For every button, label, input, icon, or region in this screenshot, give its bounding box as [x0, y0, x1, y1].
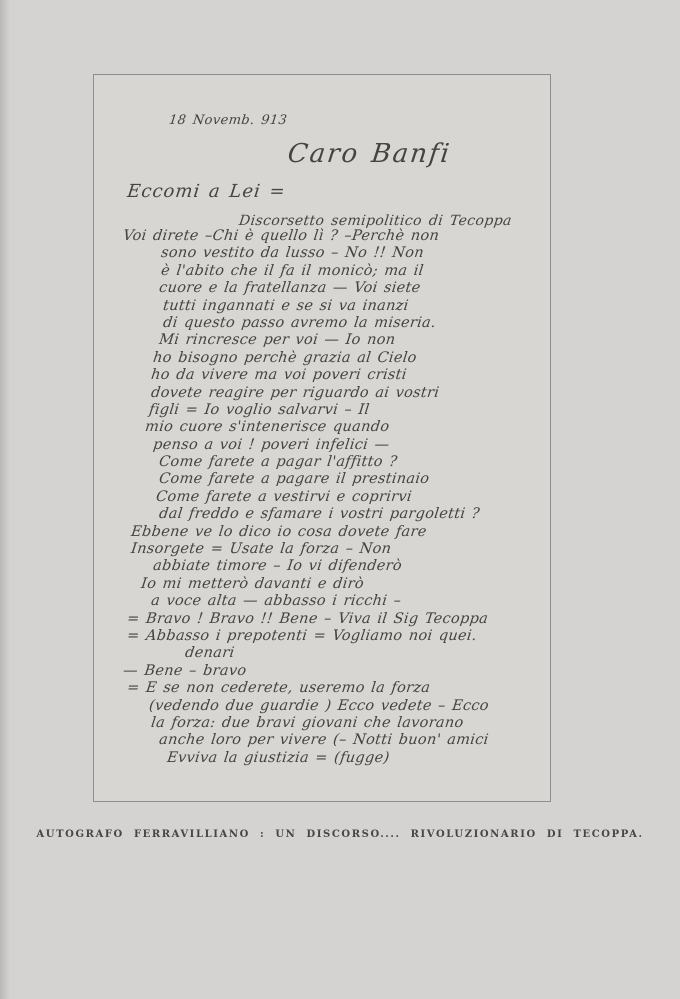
letter-line: = Bravo ! Bravo !! Bene – Viva il Sig Te…: [126, 611, 548, 628]
letter-date: 18 Novemb. 913: [168, 113, 288, 128]
letter-line: Insorgete = Usate la forza – Non: [130, 541, 548, 558]
letter-line: di questo passo avremo la miseria.: [162, 315, 548, 332]
letter-line: Evviva la giustizia = (fugge): [166, 750, 548, 767]
letter-photograph: 18 Novemb. 913 Caro Banfi Eccomi a Lei =…: [93, 74, 551, 802]
letter-line: = Abbasso i prepotenti = Vogliamo noi qu…: [126, 628, 548, 645]
letter-line: ho bisogno perchè grazia al Cielo: [152, 350, 548, 367]
letter-line: la forza: due bravi giovani che lavorano: [150, 715, 548, 732]
letter-line: = E se non cederete, useremo la forza: [126, 680, 548, 697]
letter-line: Voi direte –Chi è quello lì ? –Perchè no…: [122, 228, 548, 245]
letter-line: abbiate timore – Io vi difenderò: [152, 558, 548, 575]
letter-line: figli = Io voglio salvarvi – Il: [148, 402, 548, 419]
letter-line: tutti ingannati e se si va inanzi: [162, 298, 548, 315]
letter-subtitle: Discorsetto semipolitico di Tecoppa: [238, 213, 513, 229]
letter-line: dovete reagire per riguardo ai vostri: [150, 385, 548, 402]
page-gutter-shadow: [0, 0, 10, 999]
letter-line: a voce alta — abbasso i ricchi –: [150, 593, 548, 610]
letter-salutation: Caro Banfi: [286, 139, 453, 169]
letter-line: Come farete a pagare il prestinaio: [158, 471, 548, 488]
letter-line: Mi rincresce per voi — Io non: [158, 332, 548, 349]
letter-opening: Eccomi a Lei =: [126, 181, 287, 202]
letter-line: anche loro per vivere (– Notti buon' ami…: [158, 732, 548, 749]
letter-line: è l'abito che il fa il monicò; ma il: [160, 263, 548, 280]
letter-line: (vedendo due guardie ) Ecco vedete – Ecc…: [148, 698, 548, 715]
letter-line: Come farete a pagar l'affitto ?: [158, 454, 548, 471]
letter-line: — Bene – bravo: [122, 663, 548, 680]
letter-line: sono vestito da lusso – No !! Non: [160, 245, 548, 262]
letter-line: mio cuore s'intenerisce quando: [144, 419, 548, 436]
letter-line: ho da vivere ma voi poveri cristi: [150, 367, 548, 384]
letter-line: dal freddo e sfamare i vostri pargoletti…: [158, 506, 548, 523]
book-page: 18 Novemb. 913 Caro Banfi Eccomi a Lei =…: [0, 0, 680, 999]
letter-line: cuore e la fratellanza — Voi siete: [158, 280, 548, 297]
letter-body: Voi direte –Chi è quello lì ? –Perchè no…: [122, 228, 546, 767]
letter-line: Come farete a vestirvi e coprirvi: [155, 489, 548, 506]
letter-line: Ebbene ve lo dico io cosa dovete fare: [130, 524, 548, 541]
letter-line: penso a voi ! poveri infelici —: [152, 437, 548, 454]
letter-line: Io mi metterò davanti e dirò: [140, 576, 548, 593]
figure-caption: AUTOGRAFO FERRAVILLIANO : UN DISCORSO...…: [0, 829, 680, 840]
letter-line: denari: [184, 645, 548, 662]
